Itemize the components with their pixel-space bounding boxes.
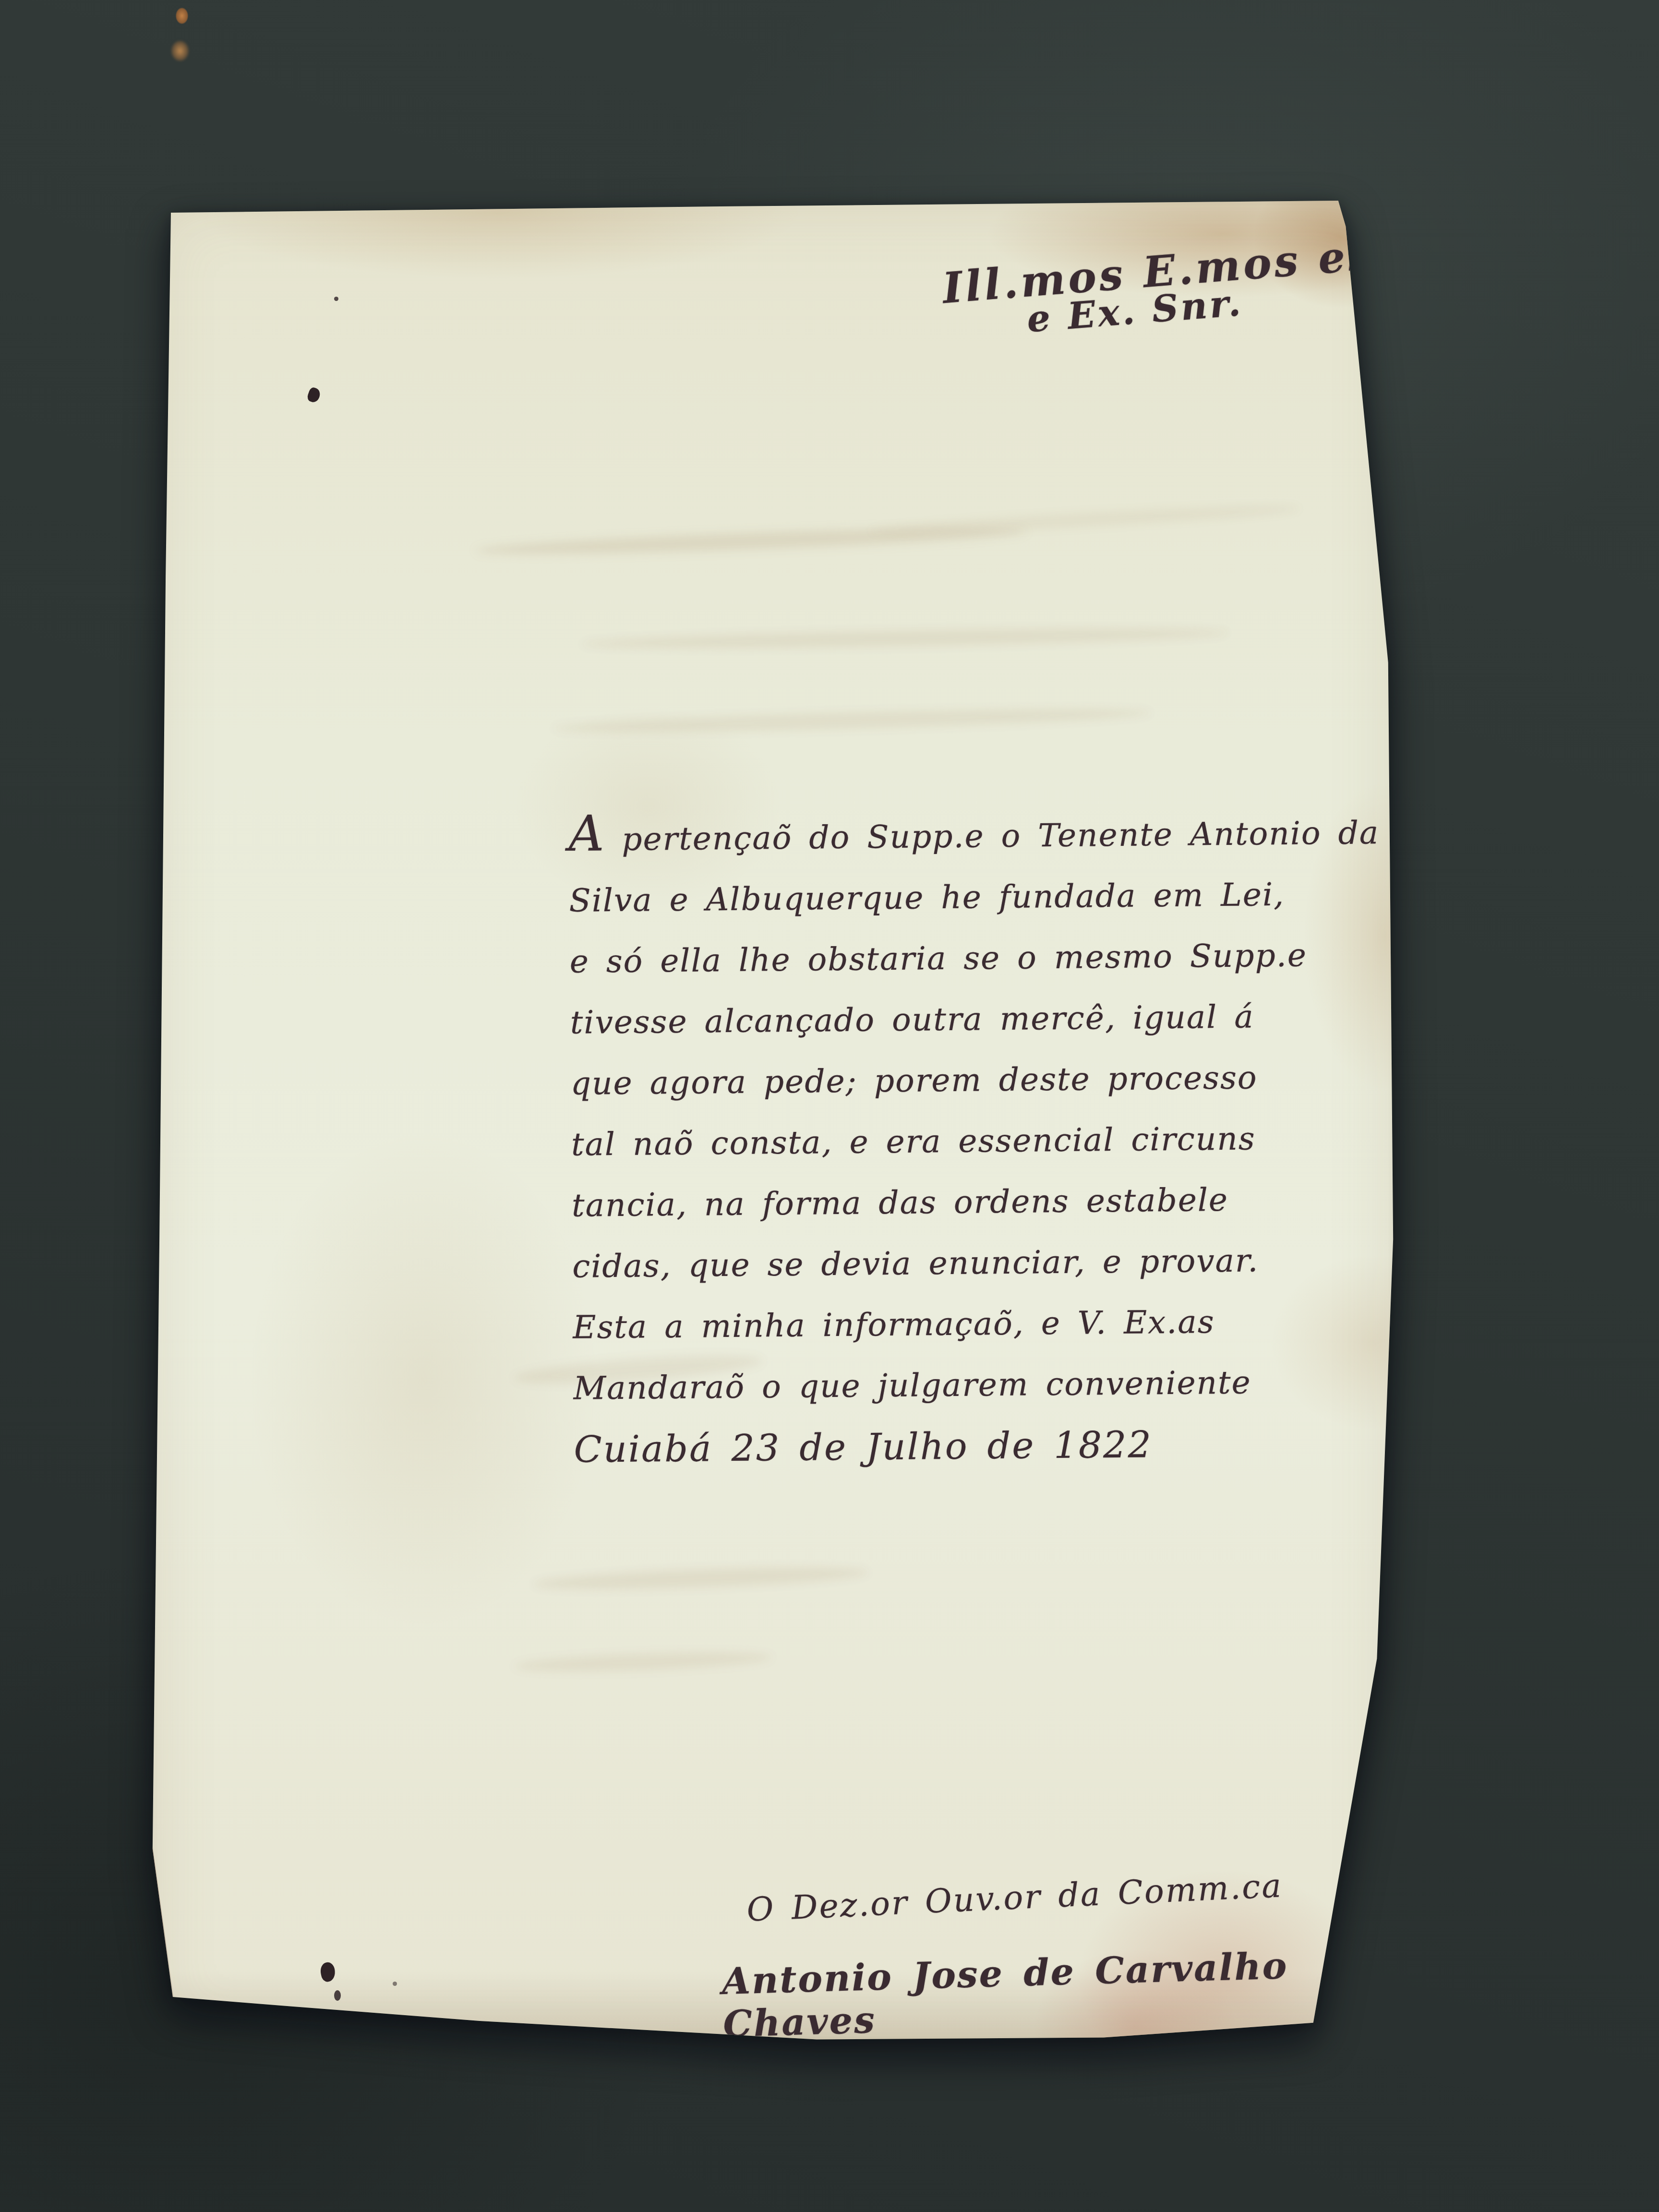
closing-office-line: O Dez.or Ouv.or da Comm.ca [746,1861,1419,1929]
manuscript-line: e só ella lhe obstaria se o mesmo Supp.e [569,924,1434,992]
manuscript-line: Silva e Albuquerque he fundada em Lei, [569,863,1433,931]
ink-bleedthrough-smudge [581,625,1229,651]
photograph-mat-background: Ill.mos E.mos es e Ex. Snr. A pertençaõ … [0,0,1659,2212]
ink-speck [334,1990,341,2001]
corner-fold-crease [151,1847,174,1998]
ink-speck [393,1982,397,1986]
manuscript-line: tancia, na forma das ordens estabele [572,1167,1436,1236]
manuscript-line: cidas, que se devia enunciar, e provar. [572,1228,1437,1297]
ink-bleedthrough-smudge [533,1564,869,1593]
place-date-line: Cuiabá 23 de Julho de 1822 [574,1411,1438,1480]
manuscript-line: tivesse alcançado outra mercê, igual á [570,985,1434,1053]
manuscript-line: Mandaraõ o que julgarem conveniente [573,1350,1438,1419]
salutation-block: Ill.mos E.mos es e Ex. Snr. [941,222,1474,347]
manuscript-paper-sheet: Ill.mos E.mos es e Ex. Snr. A pertençaõ … [149,197,1397,2045]
manuscript-line: Esta a minha informaçaõ, e V. Ex.as [573,1289,1437,1358]
manuscript-line: tal naõ consta, e era essencial circuns [571,1106,1435,1175]
manuscript-line: que agora pede; porem deste processo [570,1046,1435,1114]
ink-bleedthrough-smudge [869,502,1301,537]
ink-bleedthrough-smudge [552,705,1152,736]
signature-name: Antonio Jose de Carvalho Chaves [721,1940,1443,2045]
letter-body: A pertençaõ do Supp.e o Tenente Antonio … [568,802,1438,1480]
ink-blot [319,1961,337,1983]
paper-shadow: Ill.mos E.mos es e Ex. Snr. A pertençaõ … [0,0,1659,2212]
ink-speck [334,297,338,301]
ink-bleedthrough-smudge [514,1649,773,1675]
ink-blot [306,386,322,404]
manuscript-line: A pertençaõ do Supp.e o Tenente Antonio … [568,802,1433,870]
